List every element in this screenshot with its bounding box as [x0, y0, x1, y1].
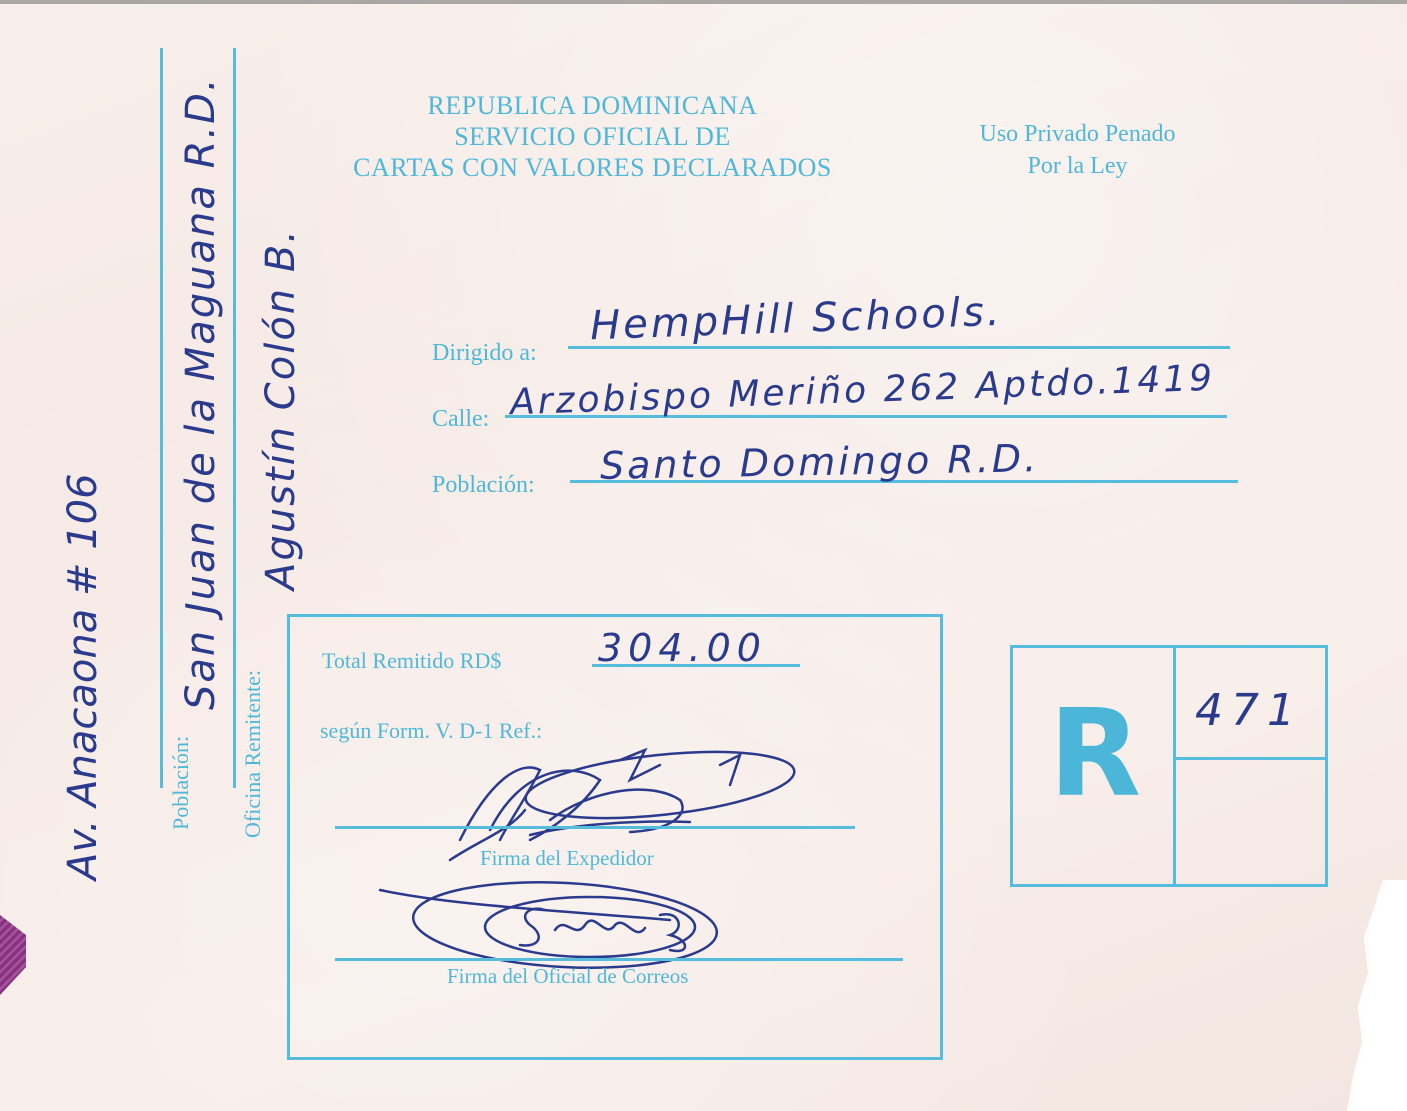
registration-divider-vertical	[1173, 645, 1176, 887]
private-use-warning: Uso Privado Penado Por la Ley	[935, 118, 1220, 182]
city-value[interactable]: Santo Domingo R.D.	[600, 436, 1040, 488]
postage-stamp-fragment	[0, 915, 26, 995]
sender-city-value[interactable]: San Juan de la Maguana R.D.	[178, 76, 224, 710]
sender-signature-line	[335, 826, 855, 829]
sender-office-label: Oficina Remitente:	[240, 670, 266, 838]
header-line-2: SERVICIO OFICIAL DE	[300, 121, 885, 152]
sender-office-value[interactable]: Agustín Colón B.	[258, 228, 304, 590]
postal-signature-label: Firma del Oficial de Correos	[447, 964, 688, 989]
header-title: REPUBLICA DOMINICANA SERVICIO OFICIAL DE…	[300, 90, 885, 183]
registered-mark: R	[1040, 695, 1150, 815]
scan-edge	[0, 0, 1407, 4]
warning-line-1: Uso Privado Penado	[935, 118, 1220, 150]
city-label: Población:	[432, 472, 535, 499]
header-line-1: REPUBLICA DOMINICANA	[300, 90, 885, 121]
warning-line-2: Por la Ley	[935, 150, 1220, 182]
registration-divider-horizontal	[1173, 757, 1328, 760]
street-value[interactable]: Arzobispo Meriño 262 Aptdo.1419	[509, 358, 1215, 424]
torn-corner	[1347, 880, 1407, 1111]
addressee-label: Dirigido a:	[432, 340, 537, 367]
envelope: REPUBLICA DOMINICANA SERVICIO OFICIAL DE…	[0, 0, 1407, 1111]
street-label: Calle:	[432, 406, 489, 433]
sender-city-line	[160, 48, 163, 788]
sender-address-handwritten[interactable]: Av. Anacaona # 106	[60, 473, 106, 880]
total-value[interactable]: 304.00	[598, 626, 767, 670]
sender-city-label: Población:	[168, 736, 194, 830]
addressee-value[interactable]: HempHill Schools.	[589, 289, 1003, 349]
postal-signature-line	[335, 958, 903, 961]
registration-number[interactable]: 471	[1195, 685, 1303, 736]
total-label: Total Remitido RD$	[322, 648, 501, 674]
header-line-3: CARTAS CON VALORES DECLARADOS	[300, 152, 885, 183]
sender-office-line	[233, 48, 236, 788]
sender-signature-label: Firma del Expedidor	[480, 846, 654, 871]
